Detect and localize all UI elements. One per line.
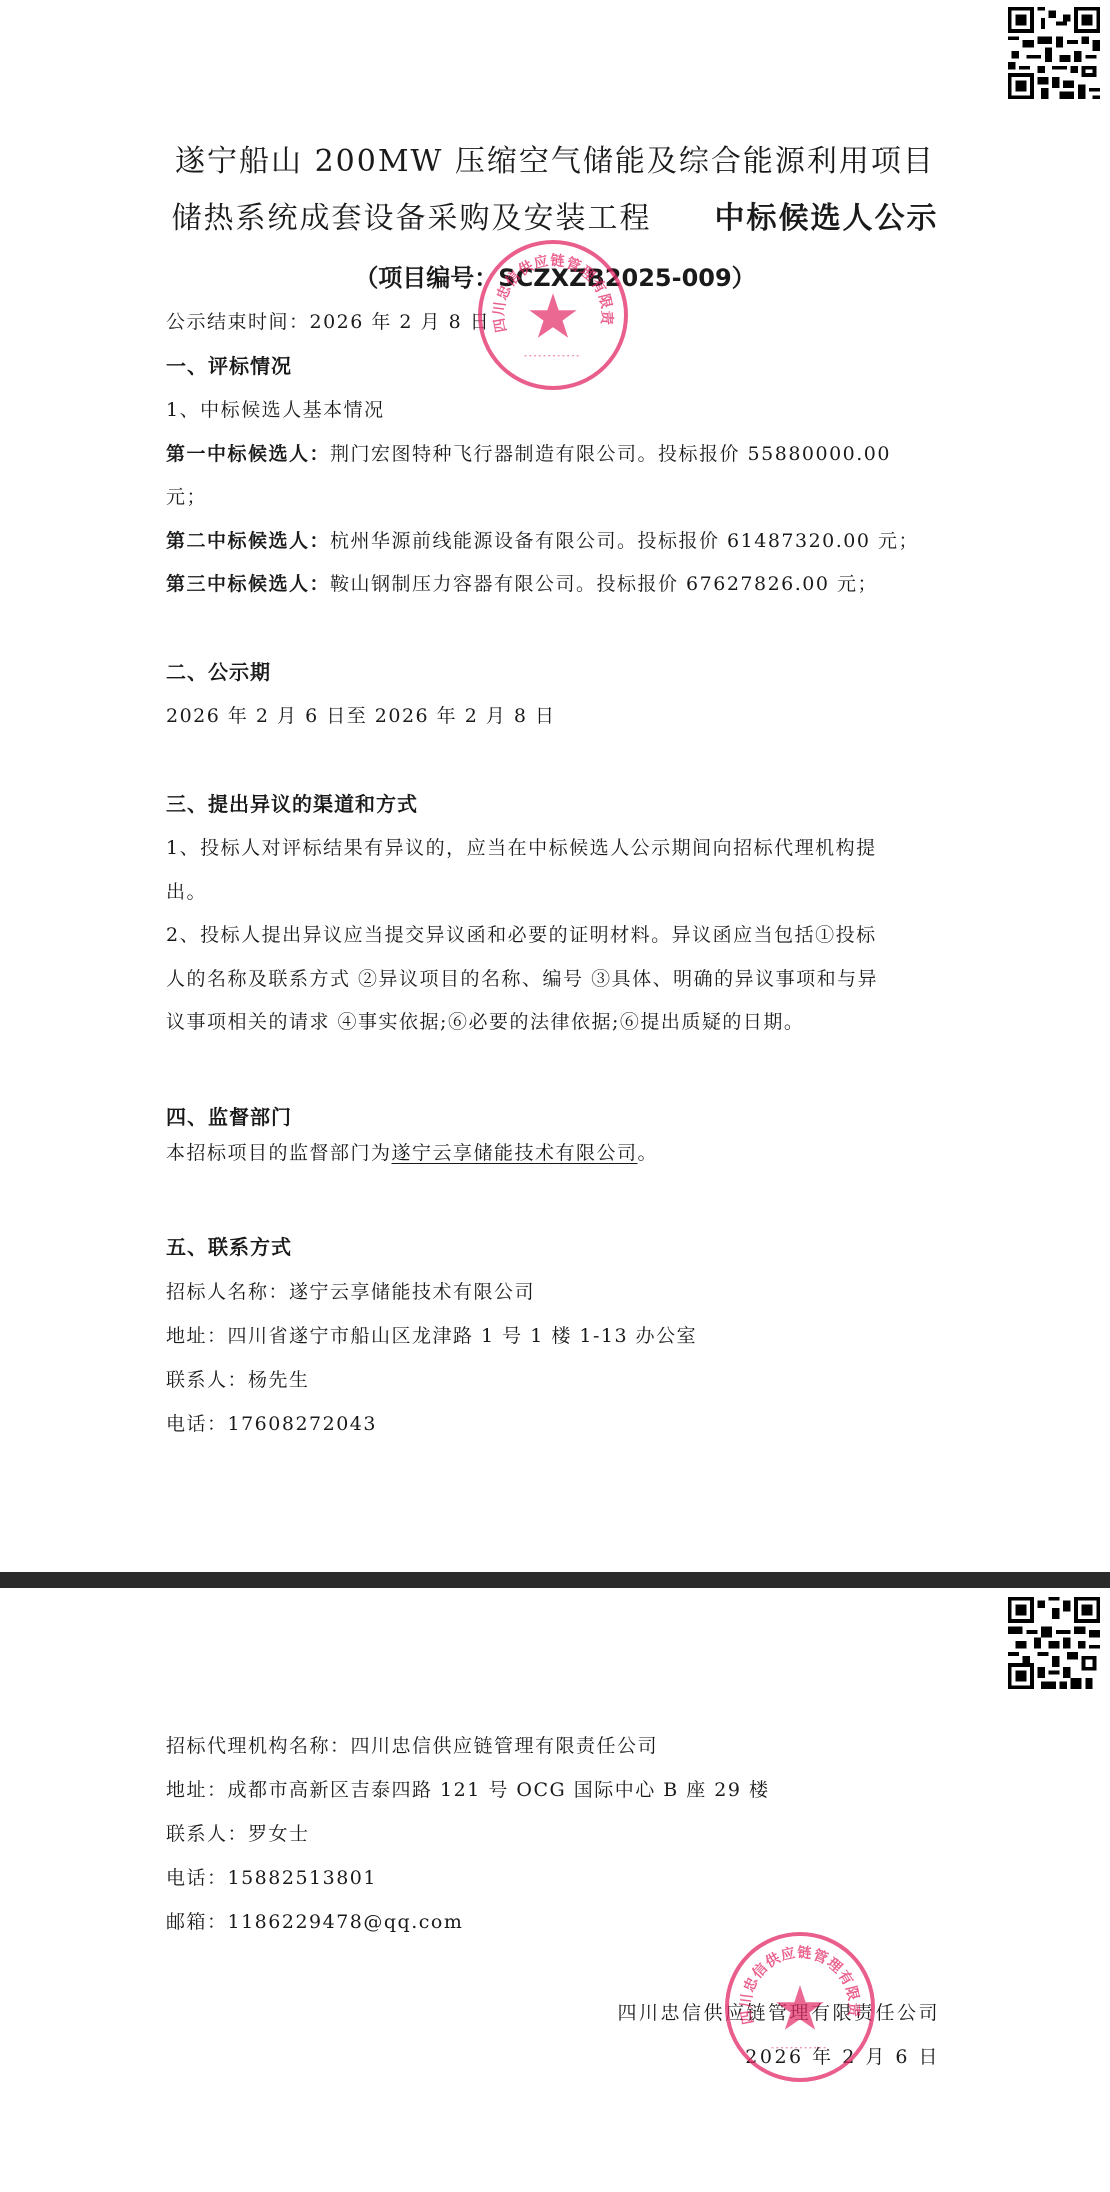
agency-email: 邮箱：1186229478@qq.com (166, 1909, 463, 1935)
document-page-1: 遂宁船山 200MW 压缩空气储能及综合能源利用项目 储热系统成套设备采购及安装… (0, 0, 1110, 1572)
objection-line-2: 出。 (166, 879, 207, 905)
publicity-period: 2026 年 2 月 6 日至 2026 年 2 月 8 日 (166, 703, 556, 729)
tenderer-contact: 联系人：杨先生 (166, 1367, 310, 1393)
title-notice-type: 中标候选人公示 (715, 201, 939, 236)
supervision-prefix: 本招标项目的监督部门为 (166, 1142, 392, 1164)
section1-subheading: 1、中标候选人基本情况 (166, 397, 385, 423)
section2-heading: 二、公示期 (166, 659, 271, 685)
agency-address: 地址：成都市高新区吉泰四路 121 号 OCG 国际中心 B 座 29 楼 (166, 1777, 770, 1803)
section4-heading: 四、监督部门 (166, 1104, 292, 1130)
agency-name: 招标代理机构名称：四川忠信供应链管理有限责任公司 (166, 1733, 658, 1759)
page-title-line2: 储热系统成套设备采购及安装工程 中标候选人公示 (0, 199, 1110, 239)
qr-code-icon (1008, 6, 1100, 100)
signature-date: 2026 年 2 月 6 日 (745, 2044, 940, 2070)
title-project-scope: 储热系统成套设备采购及安装工程 (171, 201, 651, 236)
section3-heading: 三、提出异议的渠道和方式 (166, 791, 418, 817)
candidate-3-text: 鞍山钢制压力容器有限公司。投标报价 67627826.00 元； (330, 573, 878, 595)
tenderer-phone: 电话：17608272043 (166, 1411, 377, 1437)
candidate-1-continued: 元； (166, 484, 207, 510)
objection-line-5: 议事项相关的请求 ④事实依据;⑥必要的法律依据;⑥提出质疑的日期。 (166, 1009, 804, 1035)
objection-line-4: 人的名称及联系方式 ②异议项目的名称、编号 ③具体、明确的异议事项和与异 (166, 966, 878, 992)
signature-company: 四川忠信供应链管理有限责任公司 (617, 2000, 940, 2026)
objection-line-3: 2、投标人提出异议应当提交异议函和必要的证明材料。异议函应当包括①投标 (166, 922, 877, 948)
candidate-1-text: 荆门宏图特种飞行器制造有限公司。投标报价 55880000.00 (330, 443, 891, 465)
candidate-1: 第一中标候选人：荆门宏图特种飞行器制造有限公司。投标报价 55880000.00 (166, 441, 891, 467)
section5-heading: 五、联系方式 (166, 1234, 292, 1260)
project-number: （项目编号：SCZXZB2025-009） (0, 262, 1110, 294)
document-page-2: 招标代理机构名称：四川忠信供应链管理有限责任公司 地址：成都市高新区吉泰四路 1… (0, 1588, 1110, 2192)
candidate-2-label: 第二中标候选人： (166, 530, 330, 552)
page-divider (0, 1572, 1110, 1588)
agency-phone: 电话：15882513801 (166, 1865, 377, 1891)
supervision-suffix: 。 (638, 1142, 659, 1164)
candidate-2-text: 杭州华源前线能源设备有限公司。投标报价 61487320.00 元； (330, 530, 919, 552)
supervision-dept: 遂宁云享储能技术有限公司 (392, 1142, 638, 1164)
agency-contact: 联系人：罗女士 (166, 1821, 310, 1847)
page-title-line1: 遂宁船山 200MW 压缩空气储能及综合能源利用项目 (0, 142, 1110, 182)
section1-heading: 一、评标情况 (166, 353, 292, 379)
tenderer-address: 地址：四川省遂宁市船山区龙津路 1 号 1 楼 1-13 办公室 (166, 1323, 697, 1349)
candidate-1-label: 第一中标候选人： (166, 443, 330, 465)
candidate-2: 第二中标候选人：杭州华源前线能源设备有限公司。投标报价 61487320.00 … (166, 528, 919, 554)
candidate-3: 第三中标候选人：鞍山钢制压力容器有限公司。投标报价 67627826.00 元； (166, 571, 878, 597)
candidate-3-label: 第三中标候选人： (166, 573, 330, 595)
objection-line-1: 1、投标人对评标结果有异议的，应当在中标候选人公示期间向招标代理机构提 (166, 835, 877, 861)
supervision-statement: 本招标项目的监督部门为遂宁云享储能技术有限公司。 (166, 1140, 658, 1166)
tenderer-name: 招标人名称：遂宁云享储能技术有限公司 (166, 1279, 535, 1305)
notice-end-time: 公示结束时间：2026 年 2 月 8 日 (166, 309, 490, 335)
qr-code-icon (1008, 1596, 1100, 1690)
